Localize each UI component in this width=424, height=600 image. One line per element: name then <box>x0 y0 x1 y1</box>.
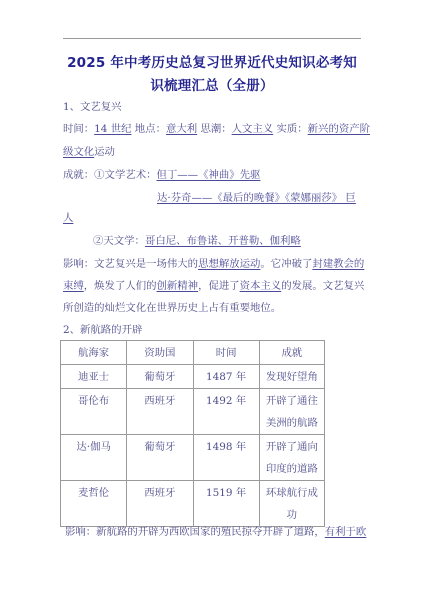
achievements-label: 成就：①文学艺术： <box>63 169 157 181</box>
astronomy-value: 哥白尼、布鲁诺、开普勒、伽利略 <box>145 235 301 247</box>
achievement-line: 环球航行成 <box>260 482 324 504</box>
title-line-2: 识梳理汇总（全册） <box>60 75 364 98</box>
impact-underlined: 思想解放运动 <box>198 258 260 270</box>
table-header-row: 航海家 资助国 时间 成就 <box>61 341 325 365</box>
davinci-cont-line: 人 <box>63 211 73 225</box>
impact-underlined: 创新精神 <box>157 280 199 292</box>
table-row: 迪亚士 葡萄牙 1487 年 发现好望角 <box>61 365 325 389</box>
route-impact-underlined: 有利于欧 <box>325 526 367 538</box>
place-label: 地点： <box>135 123 166 135</box>
achievement-line: 美洲的航路 <box>260 412 324 434</box>
cell-achievement: 开辟了通向印度的道路 <box>259 435 324 481</box>
impact-underlined: 封建教会的 <box>312 258 364 270</box>
achievements-line: 成就：①文学艺术：但丁——《神曲》先驱 <box>63 168 260 182</box>
route-impact-text: 新航路的开辟为西欧国家的殖民掠夺开辟了道路， <box>96 526 325 538</box>
cell-sponsor: 葡萄牙 <box>127 365 193 389</box>
cell-sponsor: 葡萄牙 <box>127 435 193 481</box>
impact-underlined: 束缚 <box>63 280 84 292</box>
time-value: 14 世纪 <box>94 123 131 135</box>
essence-value-cont: 级文化 <box>63 146 94 158</box>
astronomy-label: ②天文学： <box>93 235 145 247</box>
header-sponsor: 资助国 <box>127 341 193 365</box>
davinci-entry-cont: 人 <box>63 212 73 224</box>
header-year: 时间 <box>193 341 259 365</box>
trend-value: 人文主义 <box>232 123 274 135</box>
route-impact-line: 影响：新航路的开辟为西欧国家的殖民掠夺开辟了道路，有利于欧 <box>65 525 366 539</box>
impact-text: 。它冲破了 <box>260 258 312 270</box>
cell-year: 1487 年 <box>193 365 259 389</box>
cell-achievement: 发现好望角 <box>259 365 324 389</box>
cell-navigator: 迪亚士 <box>61 365 127 389</box>
impact-line-1: 影响：文艺复兴是一场伟大的思想解放运动。它冲破了封建教会的 <box>63 257 364 271</box>
trend-label: 思潮： <box>200 123 231 135</box>
impact-line-3: 所创造的灿烂文化在世界历史上占有重要地位。 <box>63 301 281 315</box>
cell-year: 1492 年 <box>193 389 259 435</box>
essence-label: 实质： <box>277 123 308 135</box>
impact-text: ，促进了 <box>198 280 240 292</box>
cell-achievement: 环球航行成功 <box>259 481 324 527</box>
header-achievement: 成就 <box>259 341 324 365</box>
renaissance-essence-cont: 级文化运动 <box>63 145 115 159</box>
achievement-line: 功 <box>260 504 324 526</box>
impact-underlined: 资本主义 <box>240 280 282 292</box>
time-label: 时间： <box>63 123 94 135</box>
cell-navigator: 哥伦布 <box>61 389 127 435</box>
page-title: 2025 年中考历史总复习世界近代史知识必考知 识梳理汇总（全册） <box>60 52 364 98</box>
impact-line-2: 束缚，焕发了人们的创新精神，促进了资本主义的发展。文艺复兴 <box>63 279 364 293</box>
section-2-heading: 2、新航路的开辟 <box>63 323 142 337</box>
header-navigator: 航海家 <box>61 341 127 365</box>
impact-text: 的发展。文艺复兴 <box>281 280 364 292</box>
astronomy-line: ②天文学：哥白尼、布鲁诺、开普勒、伽利略 <box>93 234 301 248</box>
cell-navigator: 麦哲伦 <box>61 481 127 527</box>
essence-suffix: 运动 <box>94 146 115 158</box>
cell-navigator: 达·伽马 <box>61 435 127 481</box>
cell-year: 1519 年 <box>193 481 259 527</box>
essence-value: 新兴的资产阶 <box>308 123 370 135</box>
achievement-line: 开辟了通往 <box>260 390 324 412</box>
cell-sponsor: 西班牙 <box>127 481 193 527</box>
davinci-entry: 达·芬奇——《最后的晚餐》《蒙娜丽莎》 巨 <box>157 192 356 204</box>
impact-label: 影响： <box>63 258 94 270</box>
renaissance-facts-line: 时间：14 世纪 地点：意大利 思潮：人文主义 实质：新兴的资产阶 <box>63 122 370 136</box>
cell-year: 1498 年 <box>193 435 259 481</box>
section-1-heading: 1、文艺复兴 <box>63 100 122 114</box>
achievement-line: 印度的道路 <box>260 458 324 480</box>
cell-achievement: 开辟了通往美洲的航路 <box>259 389 324 435</box>
table-row: 哥伦布 西班牙 1492 年 开辟了通往美洲的航路 <box>61 389 325 435</box>
top-divider <box>63 38 361 39</box>
davinci-line: 达·芬奇——《最后的晚餐》《蒙娜丽莎》 巨 <box>157 191 356 205</box>
cell-sponsor: 西班牙 <box>127 389 193 435</box>
impact-text: 文艺复兴是一场伟大的 <box>94 258 198 270</box>
route-impact-label: 影响： <box>65 526 96 538</box>
place-value: 意大利 <box>166 123 197 135</box>
navigators-table: 航海家 资助国 时间 成就 迪亚士 葡萄牙 1487 年 发现好望角 哥伦布 西… <box>60 340 325 527</box>
title-line-1: 2025 年中考历史总复习世界近代史知识必考知 <box>60 52 364 75</box>
table-row: 达·伽马 葡萄牙 1498 年 开辟了通向印度的道路 <box>61 435 325 481</box>
impact-text: ，焕发了人们的 <box>84 280 157 292</box>
table-row: 麦哲伦 西班牙 1519 年 环球航行成功 <box>61 481 325 527</box>
achievement-line: 开辟了通向 <box>260 436 324 458</box>
achievement-line: 发现好望角 <box>260 366 324 388</box>
dante-entry: 但丁——《神曲》先驱 <box>157 169 261 181</box>
